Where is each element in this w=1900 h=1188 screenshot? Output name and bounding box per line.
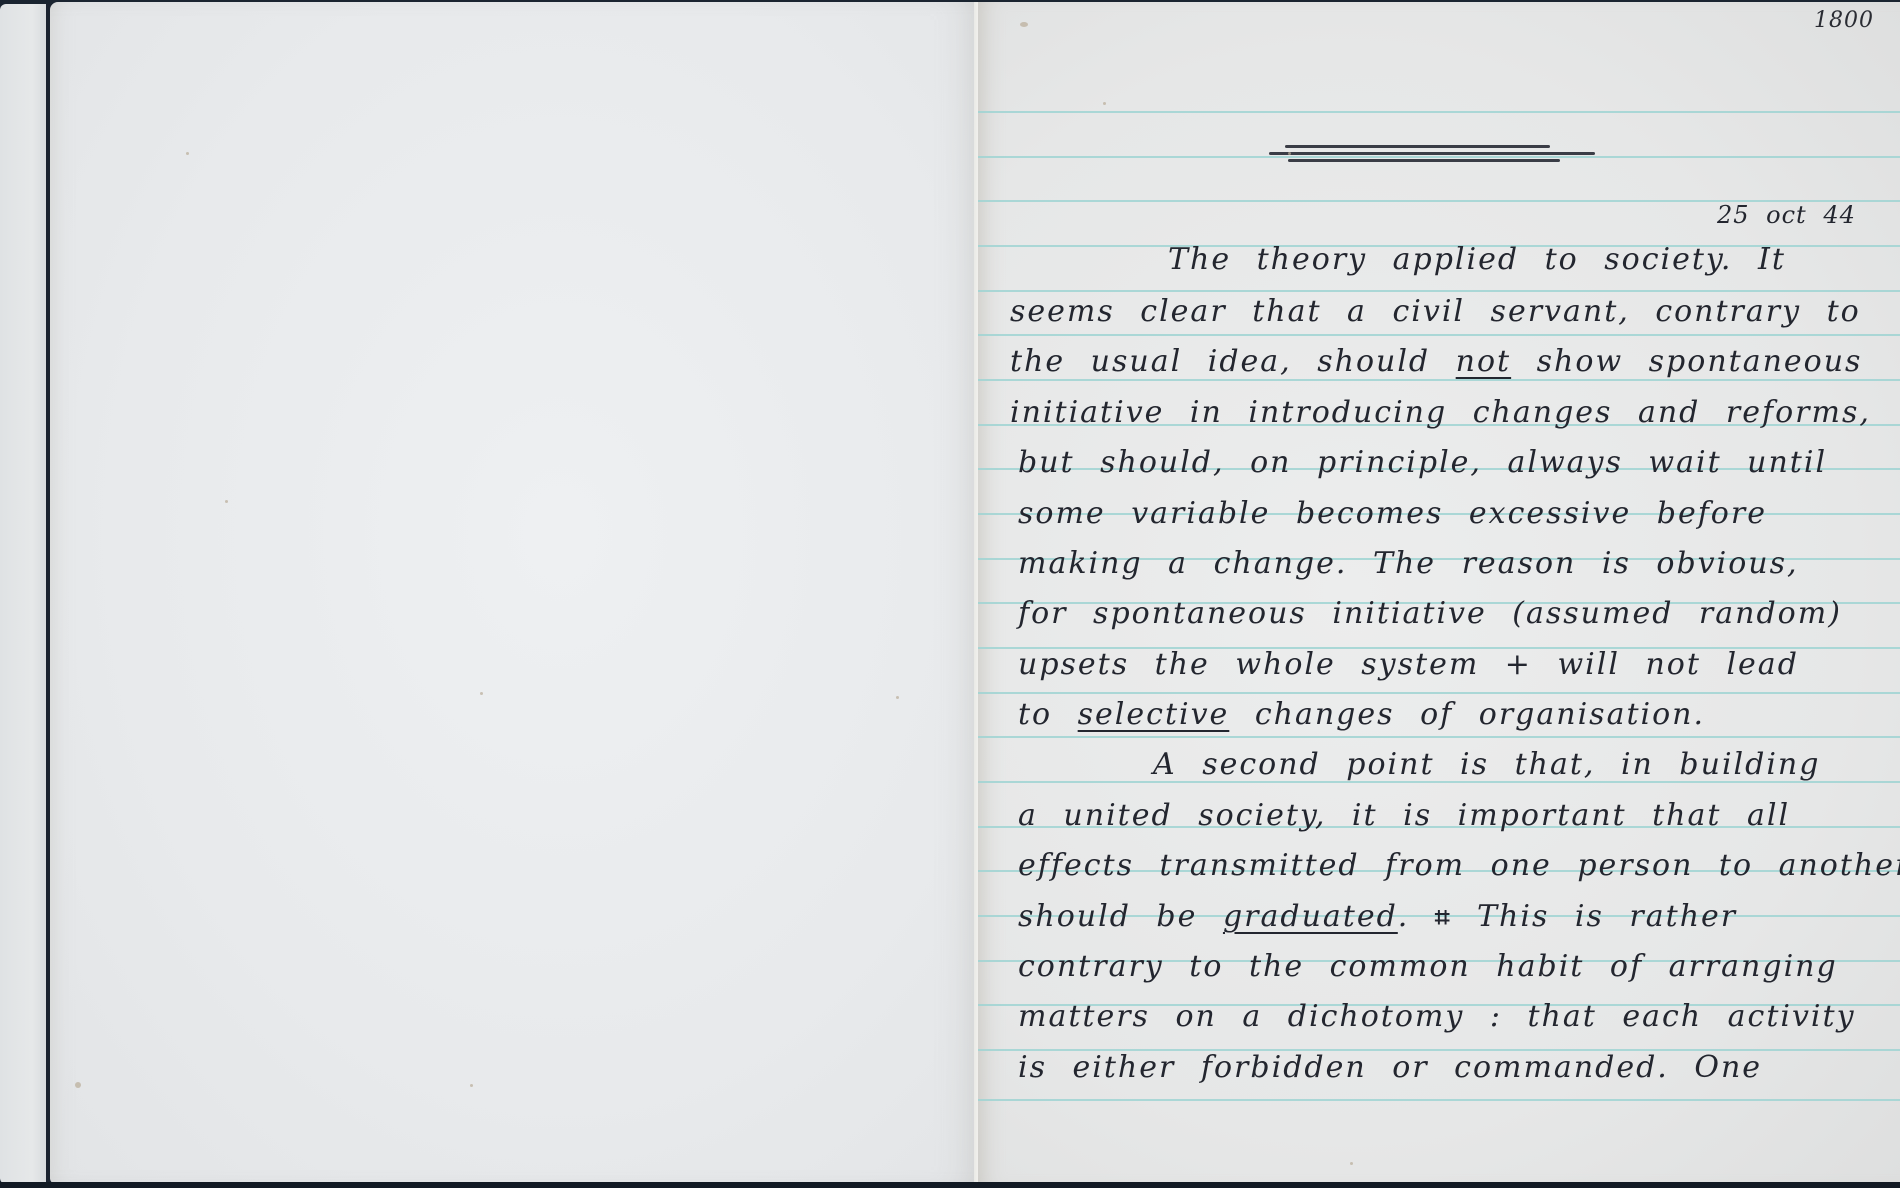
- text-line-2: seems clear that a civil servant, contra…: [1010, 297, 1861, 327]
- ruled-line: [978, 692, 1900, 694]
- text-line-6: some variable becomes excessive before: [1018, 499, 1767, 529]
- underlined-word: not: [1456, 344, 1511, 379]
- paper-speck: [75, 1082, 81, 1088]
- paper-speck: [1288, 152, 1291, 155]
- text-line-1: The theory applied to society. It: [1168, 245, 1786, 275]
- text-segment: to: [1018, 697, 1078, 732]
- ruled-line: [978, 379, 1900, 381]
- notebook-spread: 1800 25 oct 44 The theory applied to soc…: [0, 0, 1900, 1188]
- scan-bottom-edge: [0, 1182, 1900, 1188]
- text-line-12: a united society, it is important that a…: [1018, 801, 1790, 831]
- text-line-7: making a change. The reason is obvious,: [1018, 549, 1799, 579]
- text-line-13: effects transmitted from one person to a…: [1018, 851, 1900, 881]
- text-segment: .: [1398, 899, 1435, 934]
- text-line-4: initiative in introducing changes and re…: [1010, 398, 1871, 428]
- ruled-line: [978, 111, 1900, 113]
- text-line-15: contrary to the common habit of arrangin…: [1018, 952, 1838, 982]
- ruled-line: [978, 736, 1900, 738]
- text-segment: show spontaneous: [1511, 344, 1862, 379]
- crossed-out-word: ⌗: [1435, 905, 1452, 931]
- ruled-line: [978, 290, 1900, 292]
- page-number: 1800: [1814, 8, 1874, 33]
- paper-speck: [1103, 102, 1106, 105]
- text-line-11: A second point is that, in building: [1153, 750, 1820, 780]
- ruled-line: [978, 334, 1900, 336]
- text-line-17: is either forbidden or commanded. One: [1018, 1053, 1762, 1083]
- header-rule: [1285, 145, 1550, 148]
- text-line-14: should be graduated. ⌗ This is rather: [1018, 902, 1737, 932]
- paper-speck: [225, 500, 228, 503]
- text-segment: This is rather: [1452, 899, 1738, 934]
- right-page-ruled: 1800 25 oct 44 The theory applied to soc…: [978, 2, 1900, 1184]
- left-page-blank: [50, 2, 978, 1184]
- ruled-line: [978, 156, 1900, 158]
- text-line-8: for spontaneous initiative (assumed rand…: [1018, 599, 1842, 629]
- back-cover-edge: [0, 4, 46, 1184]
- text-segment: should be: [1018, 899, 1223, 934]
- paper-speck: [896, 696, 899, 699]
- header-rule: [1269, 152, 1595, 155]
- text-line-3: the usual idea, should not show spontane…: [1010, 347, 1862, 377]
- paper-speck: [1350, 1162, 1353, 1165]
- text-line-9: upsets the whole system + will not lead: [1018, 650, 1799, 680]
- paper-speck: [480, 692, 483, 695]
- paper-speck: [470, 1084, 473, 1087]
- text-line-5: but should, on principle, always wait un…: [1018, 448, 1827, 478]
- text-line-16: matters on a dichotomy : that each activ…: [1018, 1002, 1856, 1032]
- underlined-word: graduated: [1223, 899, 1398, 934]
- text-segment: the usual idea, should: [1010, 344, 1456, 379]
- ruled-line: [978, 1099, 1900, 1101]
- header-rule: [1288, 159, 1560, 162]
- paper-speck: [1020, 22, 1028, 27]
- underlined-word: selective: [1078, 697, 1230, 732]
- paper-speck: [186, 152, 189, 155]
- text-segment: changes of organisation.: [1229, 697, 1705, 732]
- entry-date: 25 oct 44: [1717, 203, 1856, 227]
- text-line-10: to selective changes of organisation.: [1018, 700, 1705, 730]
